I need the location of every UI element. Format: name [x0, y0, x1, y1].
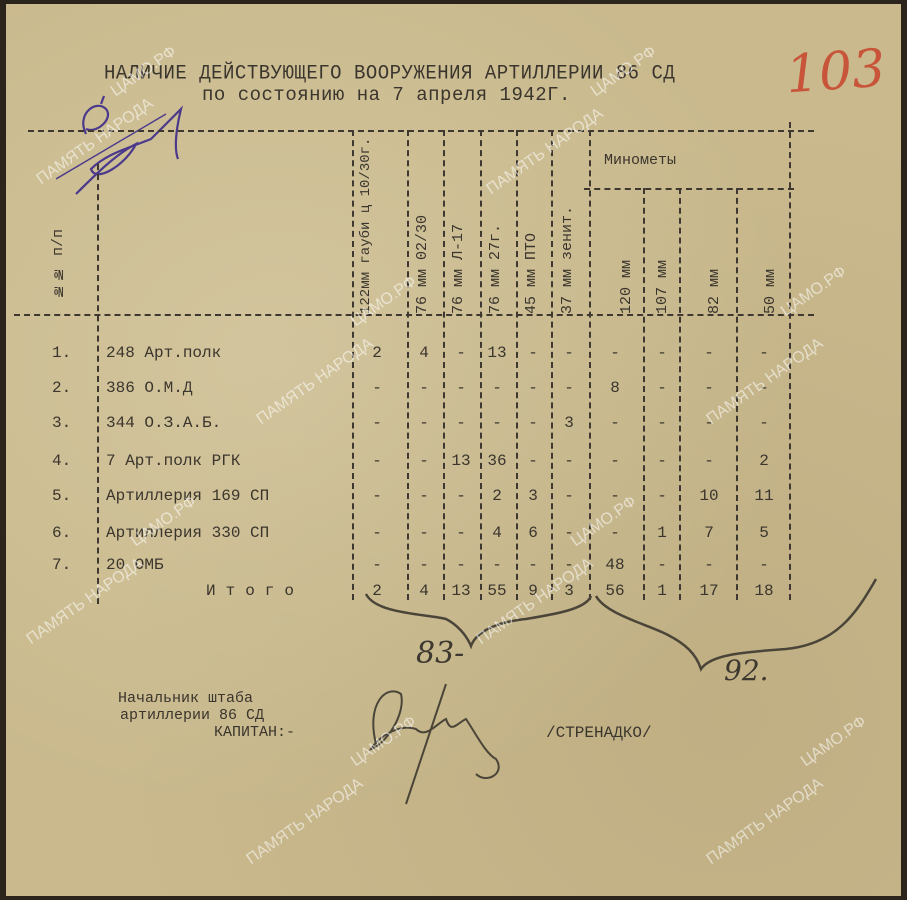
table-cell: - [407, 414, 441, 432]
table-cell: - [645, 487, 679, 505]
table-cell: - [598, 452, 632, 470]
watermark: ПАМЯТЬ НАРОДА [254, 336, 376, 427]
table-cell: - [692, 452, 726, 470]
row-number-header: №№ п/п [50, 229, 67, 299]
watermark: ПАМЯТЬ НАРОДА [484, 106, 606, 197]
document-page: 103 НАЛИЧИЕ ДЕЙСТВУЮЩЕГО ВООРУЖЕНИЯ АРТИ… [6, 4, 901, 896]
table-cell: 4 [407, 344, 441, 362]
table-cell: - [360, 452, 394, 470]
table-cell: 1 [645, 524, 679, 542]
table-cell: - [516, 414, 550, 432]
row-unit-name: 7 Арт.полк РГК [106, 452, 240, 470]
table-top-border [28, 130, 814, 132]
watermark: ЦАМО.РФ [799, 714, 869, 770]
table-cell: - [444, 379, 478, 397]
mortar-subheader-border [584, 188, 794, 190]
table-cell: 13 [480, 344, 514, 362]
table-cell: - [552, 344, 586, 362]
header-bottom-border [14, 314, 814, 316]
row-number: 2. [52, 379, 71, 397]
signatory-title-line2: артиллерии 86 СД [120, 707, 264, 724]
table-cell: - [645, 344, 679, 362]
table-cell: - [360, 524, 394, 542]
table-cell: - [444, 556, 478, 574]
table-cell: - [516, 379, 550, 397]
table-cell: - [645, 379, 679, 397]
table-cell: - [407, 524, 441, 542]
table-cell: 2 [480, 487, 514, 505]
col-header-107mm: 107 мм [654, 219, 671, 314]
col-header-120mm: 120 мм [618, 224, 635, 314]
table-cell: - [692, 344, 726, 362]
row-number: 7. [52, 556, 71, 574]
table-cell: - [444, 524, 478, 542]
table-cell: - [645, 556, 679, 574]
table-cell: - [516, 344, 550, 362]
col-header-82mm: 82 мм [706, 224, 723, 314]
col-header-37mm: 37 мм зенит. [559, 144, 576, 314]
table-cell: - [407, 379, 441, 397]
table-cell: - [645, 414, 679, 432]
table-cell: 4 [480, 524, 514, 542]
row-number: 6. [52, 524, 71, 542]
table-cell: - [516, 452, 550, 470]
col-header-45mm: 45 мм ПТО [523, 164, 540, 314]
col-header-50mm: 50 мм [762, 224, 779, 314]
col-header-76mm-l17: 76 мм Л-17 [450, 164, 467, 314]
row-unit-name: 344 О.З.А.Б. [106, 414, 221, 432]
watermark: ПАМЯТЬ НАРОДА [24, 556, 146, 647]
table-cell: - [552, 452, 586, 470]
watermark: ПАМЯТЬ НАРОДА [704, 776, 826, 867]
table-cell: - [480, 414, 514, 432]
table-cell: - [516, 556, 550, 574]
table-cell: - [444, 487, 478, 505]
table-cell: 7 [692, 524, 726, 542]
table-cell: 8 [598, 379, 632, 397]
table-cell: - [360, 487, 394, 505]
table-cell: - [480, 556, 514, 574]
table-cell: - [692, 556, 726, 574]
total-label: Итого [206, 582, 304, 600]
row-number: 5. [52, 487, 71, 505]
table-cell: - [598, 344, 632, 362]
table-cell: - [444, 344, 478, 362]
table-cell: - [747, 344, 781, 362]
table-cell: 2 [747, 452, 781, 470]
signatory-rank: КАПИТАН:- [214, 724, 295, 741]
watermark: ПАМЯТЬ НАРОДА [244, 776, 366, 867]
row-number: 1. [52, 344, 71, 362]
table-cell: - [407, 452, 441, 470]
page-number: 103 [784, 39, 887, 106]
col-divider [679, 188, 681, 600]
table-cell: - [407, 556, 441, 574]
table-cell: - [645, 452, 679, 470]
table-cell: - [407, 487, 441, 505]
signatory-title-line1: Начальник штаба [118, 690, 253, 707]
table-cell: 48 [598, 556, 632, 574]
table-cell: - [360, 556, 394, 574]
col-header-76mm-0230: 76 мм 02/30 [414, 154, 431, 314]
row-unit-name: 386 О.М.Д [106, 379, 192, 397]
table-cell: - [598, 414, 632, 432]
row-unit-name: 248 Арт.полк [106, 344, 221, 362]
table-cell: 5 [747, 524, 781, 542]
table-cell: - [444, 414, 478, 432]
table-cell: 3 [516, 487, 550, 505]
table-cell: 6 [516, 524, 550, 542]
table-cell: - [692, 379, 726, 397]
table-cell: - [747, 556, 781, 574]
table-cell: 3 [552, 414, 586, 432]
table-cell: - [747, 414, 781, 432]
row-number: 4. [52, 452, 71, 470]
table-cell: - [552, 379, 586, 397]
table-cell: 11 [747, 487, 781, 505]
mortars-group-header: Минометы [604, 152, 676, 169]
table-cell: - [360, 414, 394, 432]
signatory-name: /СТРЕНАДКО/ [546, 724, 652, 742]
table-cell: - [552, 487, 586, 505]
col-divider [97, 164, 99, 604]
mortars-total-handwritten: 92. [724, 654, 769, 687]
table-cell: - [480, 379, 514, 397]
table-cell: 36 [480, 452, 514, 470]
document-subtitle: по состоянию на 7 апреля 1942Г. [202, 84, 571, 106]
document-title: НАЛИЧИЕ ДЕЙСТВУЮЩЕГО ВООРУЖЕНИЯ АРТИЛЛЕР… [104, 61, 675, 84]
table-cell: 10 [692, 487, 726, 505]
row-number: 3. [52, 414, 71, 432]
table-cell: - [360, 379, 394, 397]
col-header-122mm: 122мм гауби ц 10/30г. [358, 144, 374, 314]
table-cell: 13 [444, 452, 478, 470]
